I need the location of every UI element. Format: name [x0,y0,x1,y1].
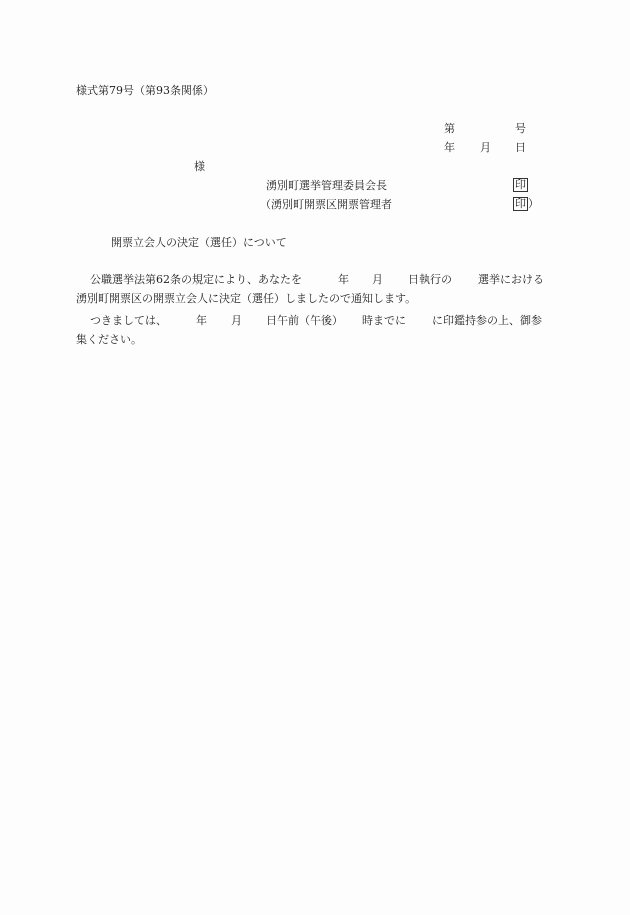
body-p1-line2: 湧別町開票区の開票立会人に決定（選任）しましたので通知します。 [76,292,416,306]
issuer-title-committee: 湧別町選挙管理委員会長 [266,179,387,193]
body-p1-year: 年 [338,273,349,287]
date-day: 日 [515,141,526,155]
subject-title: 開票立会人の決定（選任）について [111,236,287,250]
issuer-title-counting-manager: （湧別町開票区開票管理者 [260,198,392,212]
body-p2-year: 年 [196,314,207,328]
body-p2-day-ampm: 日午前（午後） [266,314,343,328]
seal-committee: 印 [513,178,528,192]
seal-counting-manager: 印） [513,197,539,211]
body-p1-election: 選挙における [478,273,544,287]
body-p1-month: 月 [372,273,383,287]
number-suffix: 号 [515,122,526,136]
body-p2-place: に印鑑持参の上、御参 [432,314,542,328]
form-label: 様式第79号（第93条関係） [76,84,214,98]
seal-mark-icon: 印 [513,178,528,192]
date-year: 年 [444,141,455,155]
body-p2-time: 時までに [362,314,406,328]
body-p2-line2: 集ください。 [76,333,142,347]
closing-paren: ） [528,197,539,210]
body-p1-day-exec: 日執行の [408,273,452,287]
addressee-suffix: 様 [194,160,205,174]
body-p2-lead: つきましては、 [90,314,167,328]
body-p1-lead: 公職選挙法第62条の規定により、あなたを [90,273,302,287]
number-prefix: 第 [444,122,455,136]
seal-mark-icon: 印 [513,197,528,211]
body-p2-month: 月 [231,314,242,328]
date-month: 月 [480,141,491,155]
